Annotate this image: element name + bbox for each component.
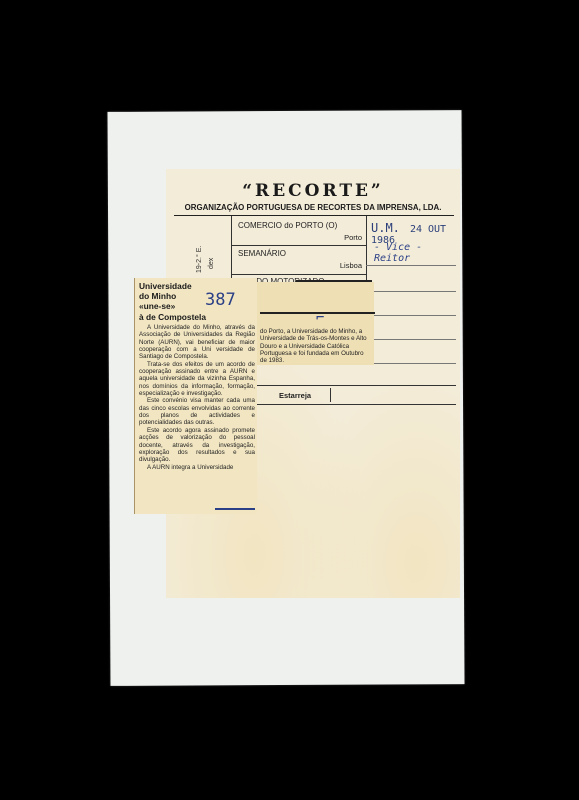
publication-city: Lisboa — [286, 261, 362, 270]
side-fax-text: dex — [208, 258, 215, 269]
article-paragraph: Este acordo agora assinado promete acçõe… — [139, 427, 255, 464]
article-paragraph: A Universidade do Minho, através da Asso… — [139, 324, 255, 361]
newspaper-clipping-continuation: ⌐ do Porto, a Universidade do Minho, a U… — [254, 282, 374, 365]
publication-name: SEMANÁRIO — [238, 249, 286, 258]
side-address-text: 19-2.° E. — [196, 246, 203, 273]
stamp-prefix: U.M. — [371, 221, 400, 235]
divider — [226, 385, 456, 386]
publication-city: Porto — [286, 233, 362, 242]
entry-line — [374, 339, 456, 340]
handwritten-clip-number: 387 — [205, 290, 236, 310]
headline-line: à de Compostela — [139, 312, 206, 322]
article-body: A Universidade do Minho, através da Asso… — [139, 324, 255, 471]
headline-line: do Minho — [139, 291, 206, 301]
entry-line — [374, 315, 456, 316]
pen-mark: ⌐ — [316, 310, 324, 326]
divider — [330, 388, 331, 402]
headline-line: «une-se» — [139, 301, 206, 311]
publication-name: COMERCIO do PORTO (O) — [238, 221, 337, 230]
article-paragraph: A AURN integra a Universidade — [139, 464, 255, 471]
article-headline: Universidade do Minho «une-se» à de Comp… — [139, 281, 206, 322]
entry-line — [374, 363, 456, 364]
newspaper-clipping: Universidade do Minho «une-se» à de Comp… — [134, 278, 257, 514]
pen-stroke — [215, 508, 255, 510]
article-continuation-text: do Porto, a Universidade do Minho, a Uni… — [260, 328, 372, 365]
article-paragraph: Este convénio visa manter cada uma das c… — [139, 397, 255, 426]
entry-line — [366, 265, 456, 266]
divider — [226, 404, 456, 405]
agency-subtitle: ORGANIZAÇÃO PORTUGUESA DE RECORTES DA IM… — [178, 202, 448, 212]
divider — [174, 215, 454, 216]
entry-line — [374, 291, 456, 292]
location-label: Estarreja — [279, 391, 311, 400]
agency-title: “RECORTE” — [166, 181, 460, 201]
article-paragraph: Trata-se dos efeitos de um acordo de coo… — [139, 361, 255, 398]
pen-stroke — [296, 280, 372, 282]
headline-line: Universidade — [139, 281, 206, 291]
handwritten-note: - Vice - Reitor — [374, 242, 460, 264]
divider — [232, 245, 366, 246]
divider — [232, 274, 366, 275]
